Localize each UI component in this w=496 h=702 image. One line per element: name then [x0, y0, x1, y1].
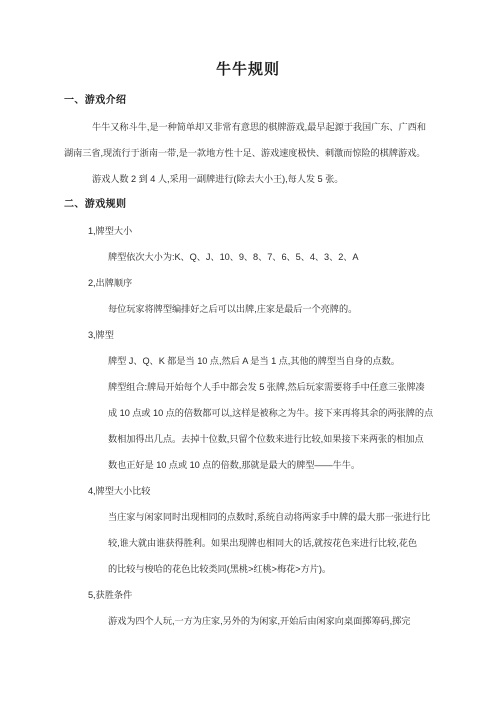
- list-item-label: 2,出牌顺序: [64, 270, 438, 296]
- paragraph-line: 牛牛又称斗牛,是一种简单却又非常有意思的棋牌游戏,最早起源于我国广东、广西和: [64, 114, 438, 140]
- document-body: 一、游戏介绍 牛牛又称斗牛,是一种简单却又非常有意思的棋牌游戏,最早起源于我国广…: [0, 88, 496, 634]
- item-body-line: 当庄家与闲家同时出现相同的点数时,系统自动将两家手中牌的最大那一张进行比: [64, 504, 438, 530]
- paragraph-line: 游戏人数 2 到 4 人,采用一副牌进行(除去大小王),每人发 5 张。: [64, 166, 438, 192]
- item-body-line: 牌型组合:牌局开始每个人手中都会发 5 张牌,然后玩家需要将手中任意三张牌凑: [64, 374, 438, 400]
- section-heading: 二、游戏规则: [64, 192, 438, 218]
- list-item-label: 4,牌型大小比较: [64, 478, 438, 504]
- item-body-line: 游戏为四个人玩,一方为庄家,另外的为闲家,开始后由闲家向桌面掷筹码,掷完: [64, 608, 438, 634]
- item-body-line: 牌型依次大小为:K、Q、J、10、9、8、7、6、5、4、3、2、A: [64, 244, 438, 270]
- list-item-label: 1,牌型大小: [64, 218, 438, 244]
- section-heading: 一、游戏介绍: [64, 88, 438, 114]
- item-body-line: 数相加得出几点。去掉十位数,只留个位数来进行比较,如果接下来两张的相加点: [64, 426, 438, 452]
- list-item-label: 3,牌型: [64, 322, 438, 348]
- document-page: 牛牛规则 一、游戏介绍 牛牛又称斗牛,是一种简单却又非常有意思的棋牌游戏,最早起…: [0, 0, 496, 702]
- item-body-line: 数也正好是 10 点或 10 点的倍数,那就是最大的牌型——牛牛。: [64, 452, 438, 478]
- document-title: 牛牛规则: [0, 0, 496, 81]
- item-body-line: 成 10 点或 10 点的倍数都可以,这样是被称之为牛。接下来再将其余的两张牌的…: [64, 400, 438, 426]
- item-body-line: 每位玩家将牌型编排好之后可以出牌,庄家是最后一个亮牌的。: [64, 296, 438, 322]
- item-body-line: 牌型 J、Q、K 都是当 10 点,然后 A 是当 1 点,其他的牌型当自身的点…: [64, 348, 438, 374]
- list-item-label: 5,获胜条件: [64, 582, 438, 608]
- item-body-line: 较,谁大就由谁获得胜利。如果出现牌也相同大的话,就按花色来进行比较,花色: [64, 530, 438, 556]
- item-body-line: 的比较与梭哈的花色比较类同(黑桃>红桃>梅花>方片)。: [64, 556, 438, 582]
- paragraph-line: 湖南三省,现流行于浙南一带,是一款地方性十足、游戏速度极快、刺激而惊险的棋牌游戏…: [64, 140, 438, 166]
